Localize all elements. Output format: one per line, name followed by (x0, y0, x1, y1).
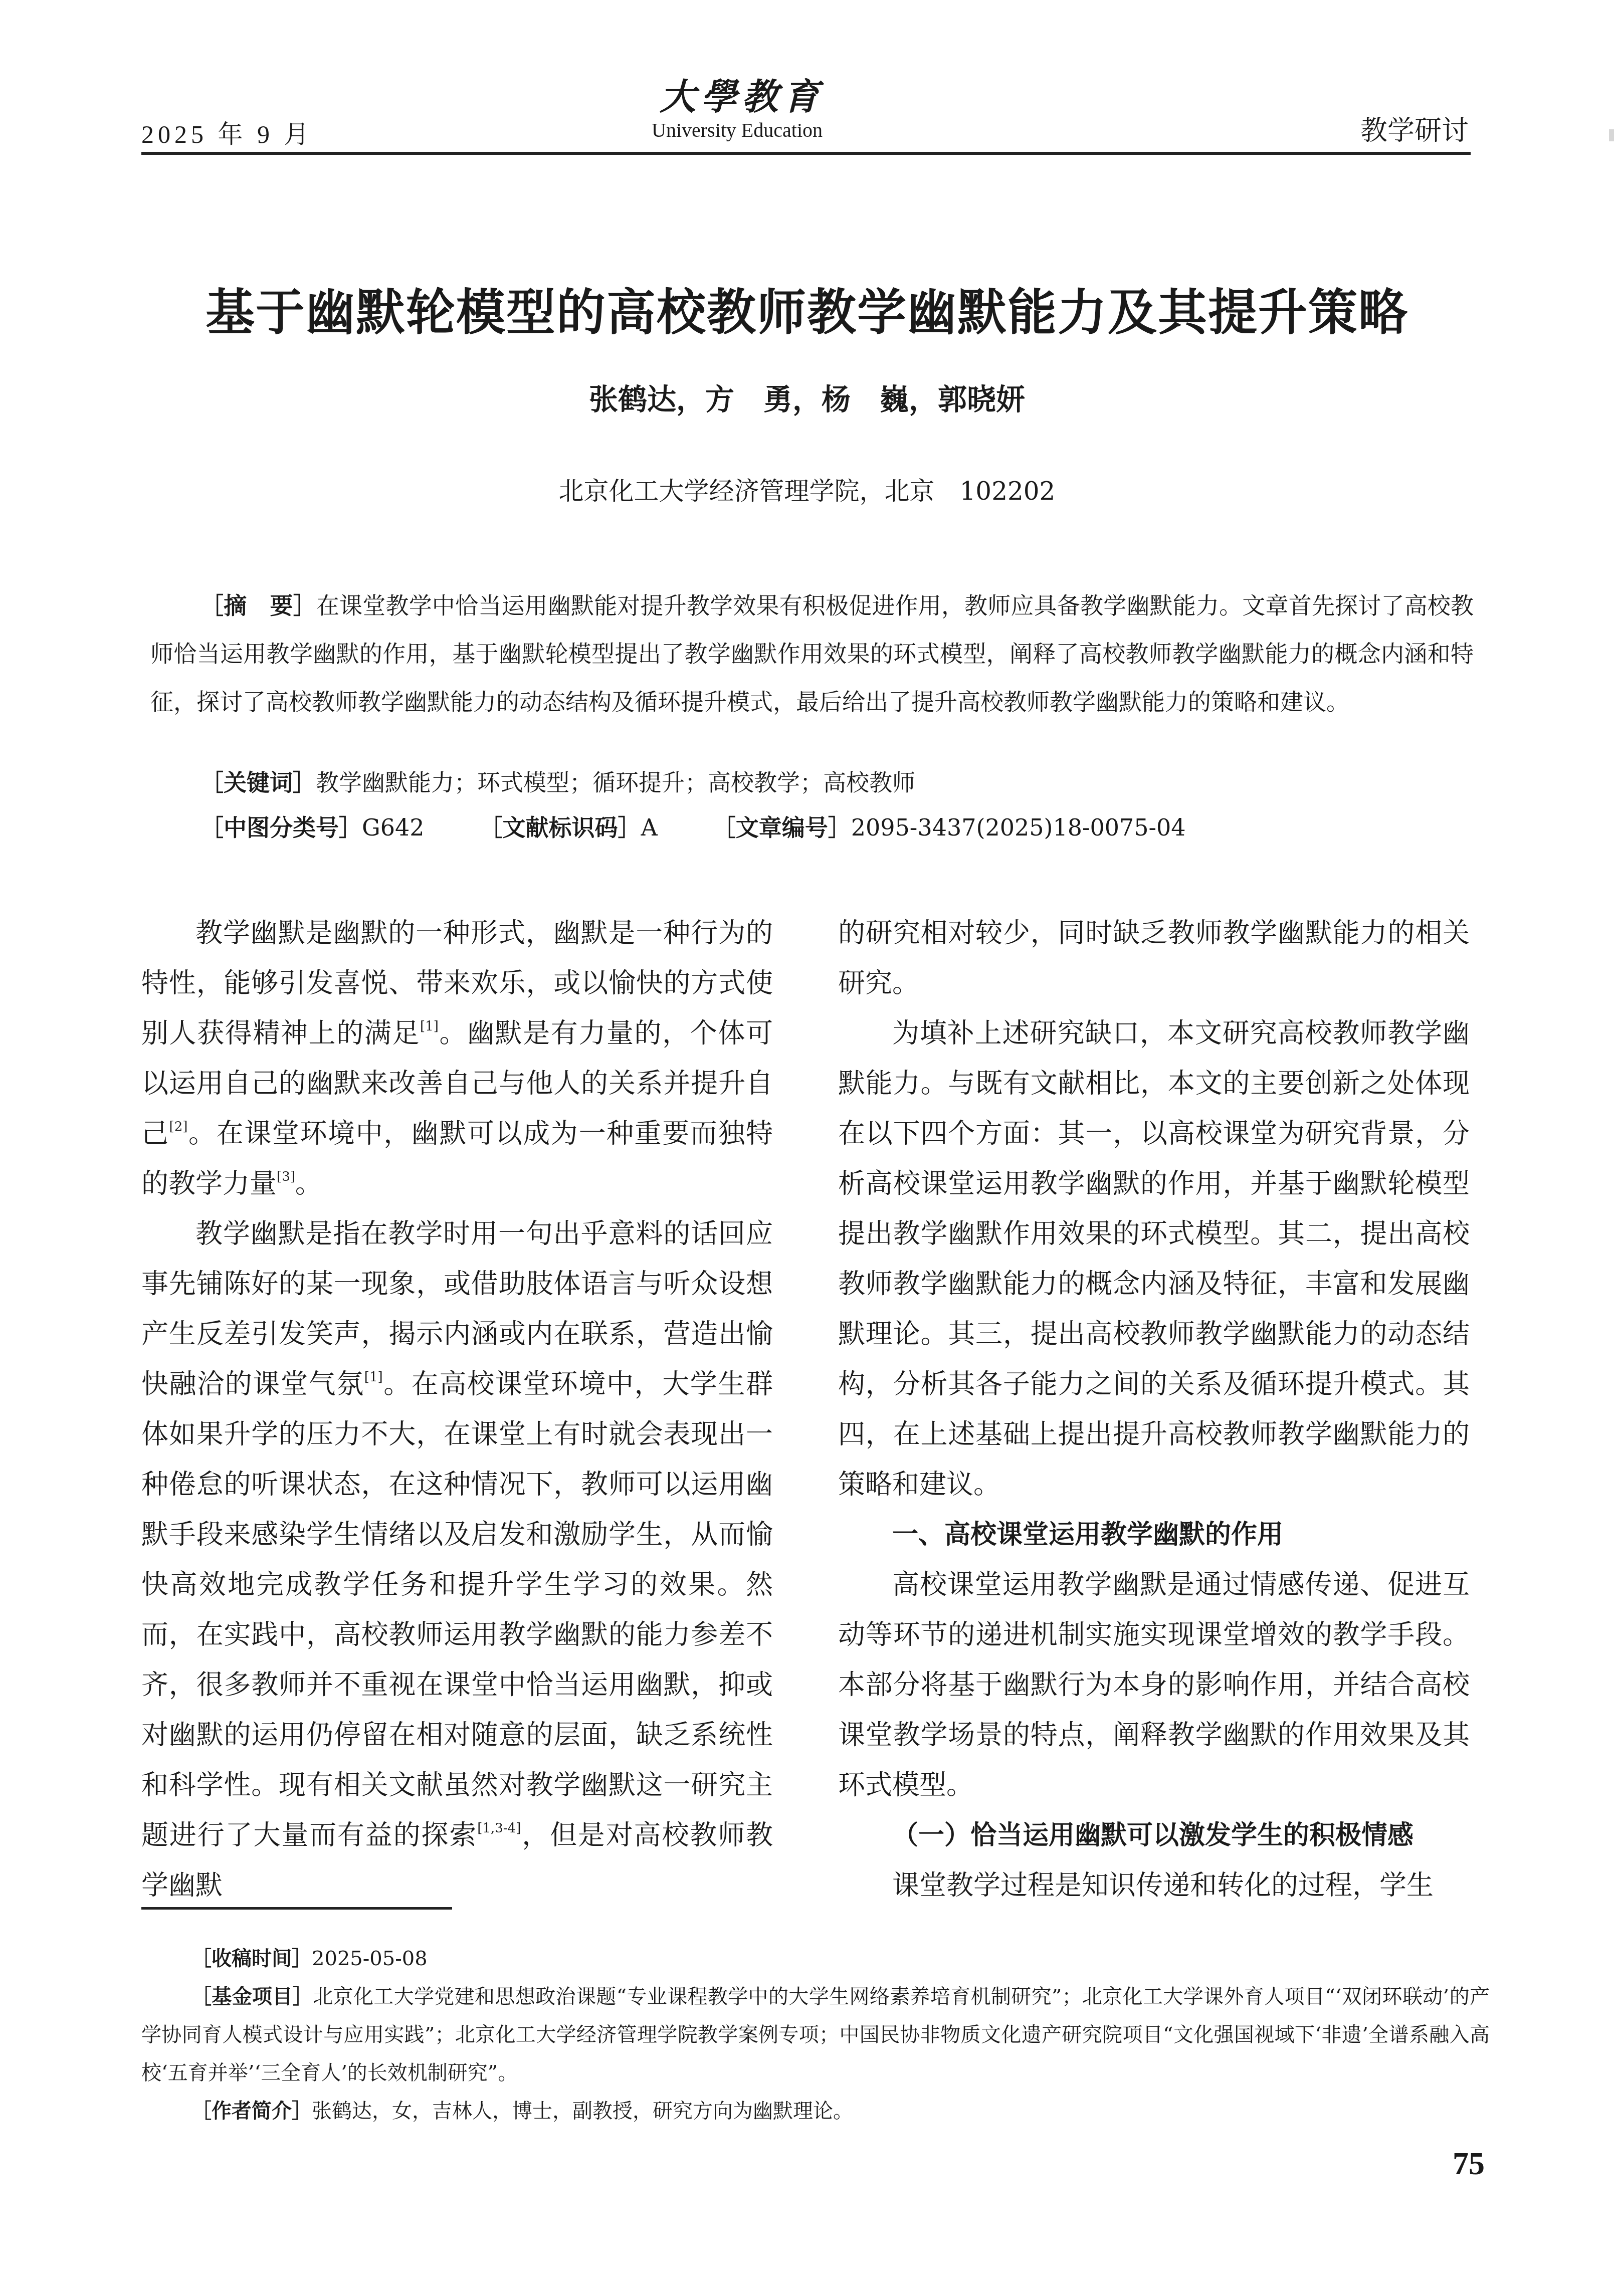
header-rule (141, 152, 1471, 155)
classification-line: ［中图分类号］G642［文献标识码］A［文章编号］2095-3437(2025)… (150, 809, 1186, 843)
paragraph: 教学幽默是幽默的一种形式，幽默是一种行为的特性，能够引发喜悦、带来欢乐，或以愉快… (141, 908, 773, 1209)
edge-marker (1609, 129, 1614, 141)
footnote-rule (141, 1907, 452, 1910)
article-no-value: 2095-3437(2025)18-0075-04 (851, 814, 1186, 841)
paragraph: 为填补上述研究缺口，本文研究高校教师教学幽默能力。与既有文献相比，本文的主要创新… (838, 1008, 1470, 1510)
journal-name-en: University Education (652, 118, 862, 142)
clc-label: ［中图分类号］ (200, 814, 362, 841)
paragraph: 教学幽默是指在教学时用一句出乎意料的话回应事先铺陈好的某一现象，或借助肢体语言与… (141, 1209, 773, 1911)
column-name: 教学研讨 (1360, 109, 1469, 148)
keywords-text: 教学幽默能力；环式模型；循环提升；高校教学；高校教师 (316, 769, 915, 796)
citation[interactable]: [3] (277, 1169, 295, 1184)
keywords-label: ［关键词］ (200, 769, 316, 796)
citation[interactable]: [1,3-4] (477, 1821, 521, 1836)
footnotes: ［收稿时间］2025-05-08 ［基金项目］北京化工大学党建和思想政治课题“专… (141, 1940, 1490, 2130)
abstract-text: 在课堂教学中恰当运用幽默能对提升教学效果有积极促进作用，教师应具备教学幽默能力。… (150, 592, 1474, 715)
citation[interactable]: [1] (420, 1019, 439, 1034)
article-title: 基于幽默轮模型的高校教师教学幽默能力及其提升策略 (0, 273, 1614, 344)
body-column-left: 教学幽默是幽默的一种形式，幽默是一种行为的特性，能够引发喜悦、带来欢乐，或以愉快… (141, 908, 773, 1911)
footnote-received: ［收稿时间］2025-05-08 (141, 1940, 1490, 1978)
abstract-label: ［摘 要］ (200, 592, 316, 619)
author-list: 张鹤达，方 勇，杨 巍，郭晓妍 (0, 376, 1614, 418)
paragraph: 的研究相对较少，同时缺乏教师教学幽默能力的相关研究。 (838, 908, 1470, 1008)
body-column-right: 的研究相对较少，同时缺乏教师教学幽默能力的相关研究。 为填补上述研究缺口，本文研… (838, 908, 1470, 1911)
paragraph: 课堂教学过程是知识传递和转化的过程，学生 (838, 1860, 1470, 1911)
affiliation: 北京化工大学经济管理学院，北京 102202 (0, 471, 1614, 507)
clc-value: G642 (362, 814, 425, 841)
subsection-heading: （一）恰当运用幽默可以激发学生的积极情感 (838, 1810, 1470, 1860)
issue-date: 2025 年 9 月 (141, 114, 313, 150)
journal-logo: 大學教育 (652, 68, 832, 120)
footnote-funding: ［基金项目］北京化工大学党建和思想政治课题“专业课程教学中的大学生网络素养培育机… (141, 1978, 1490, 2092)
footnote-author: ［作者简介］张鹤达，女，吉林人，博士，副教授，研究方向为幽默理论。 (141, 2092, 1490, 2130)
page-number: 75 (1453, 2145, 1485, 2182)
article-no-label: ［文章编号］ (713, 814, 851, 841)
citation[interactable]: [2] (169, 1119, 188, 1134)
keywords-line: ［关键词］教学幽默能力；环式模型；循环提升；高校教学；高校教师 (150, 764, 915, 797)
doc-code-label: ［文献标识码］ (480, 814, 641, 841)
paragraph: 高校课堂运用教学幽默是通过情感传递、促进互动等环节的递进机制实施实现课堂增效的教… (838, 1560, 1470, 1810)
abstract: ［摘 要］在课堂教学中恰当运用幽默能对提升教学效果有积极促进作用，教师应具备教学… (150, 581, 1474, 726)
citation[interactable]: [1] (364, 1370, 383, 1385)
doc-code-value: A (641, 814, 658, 841)
section-heading: 一、高校课堂运用教学幽默的作用 (838, 1510, 1470, 1560)
